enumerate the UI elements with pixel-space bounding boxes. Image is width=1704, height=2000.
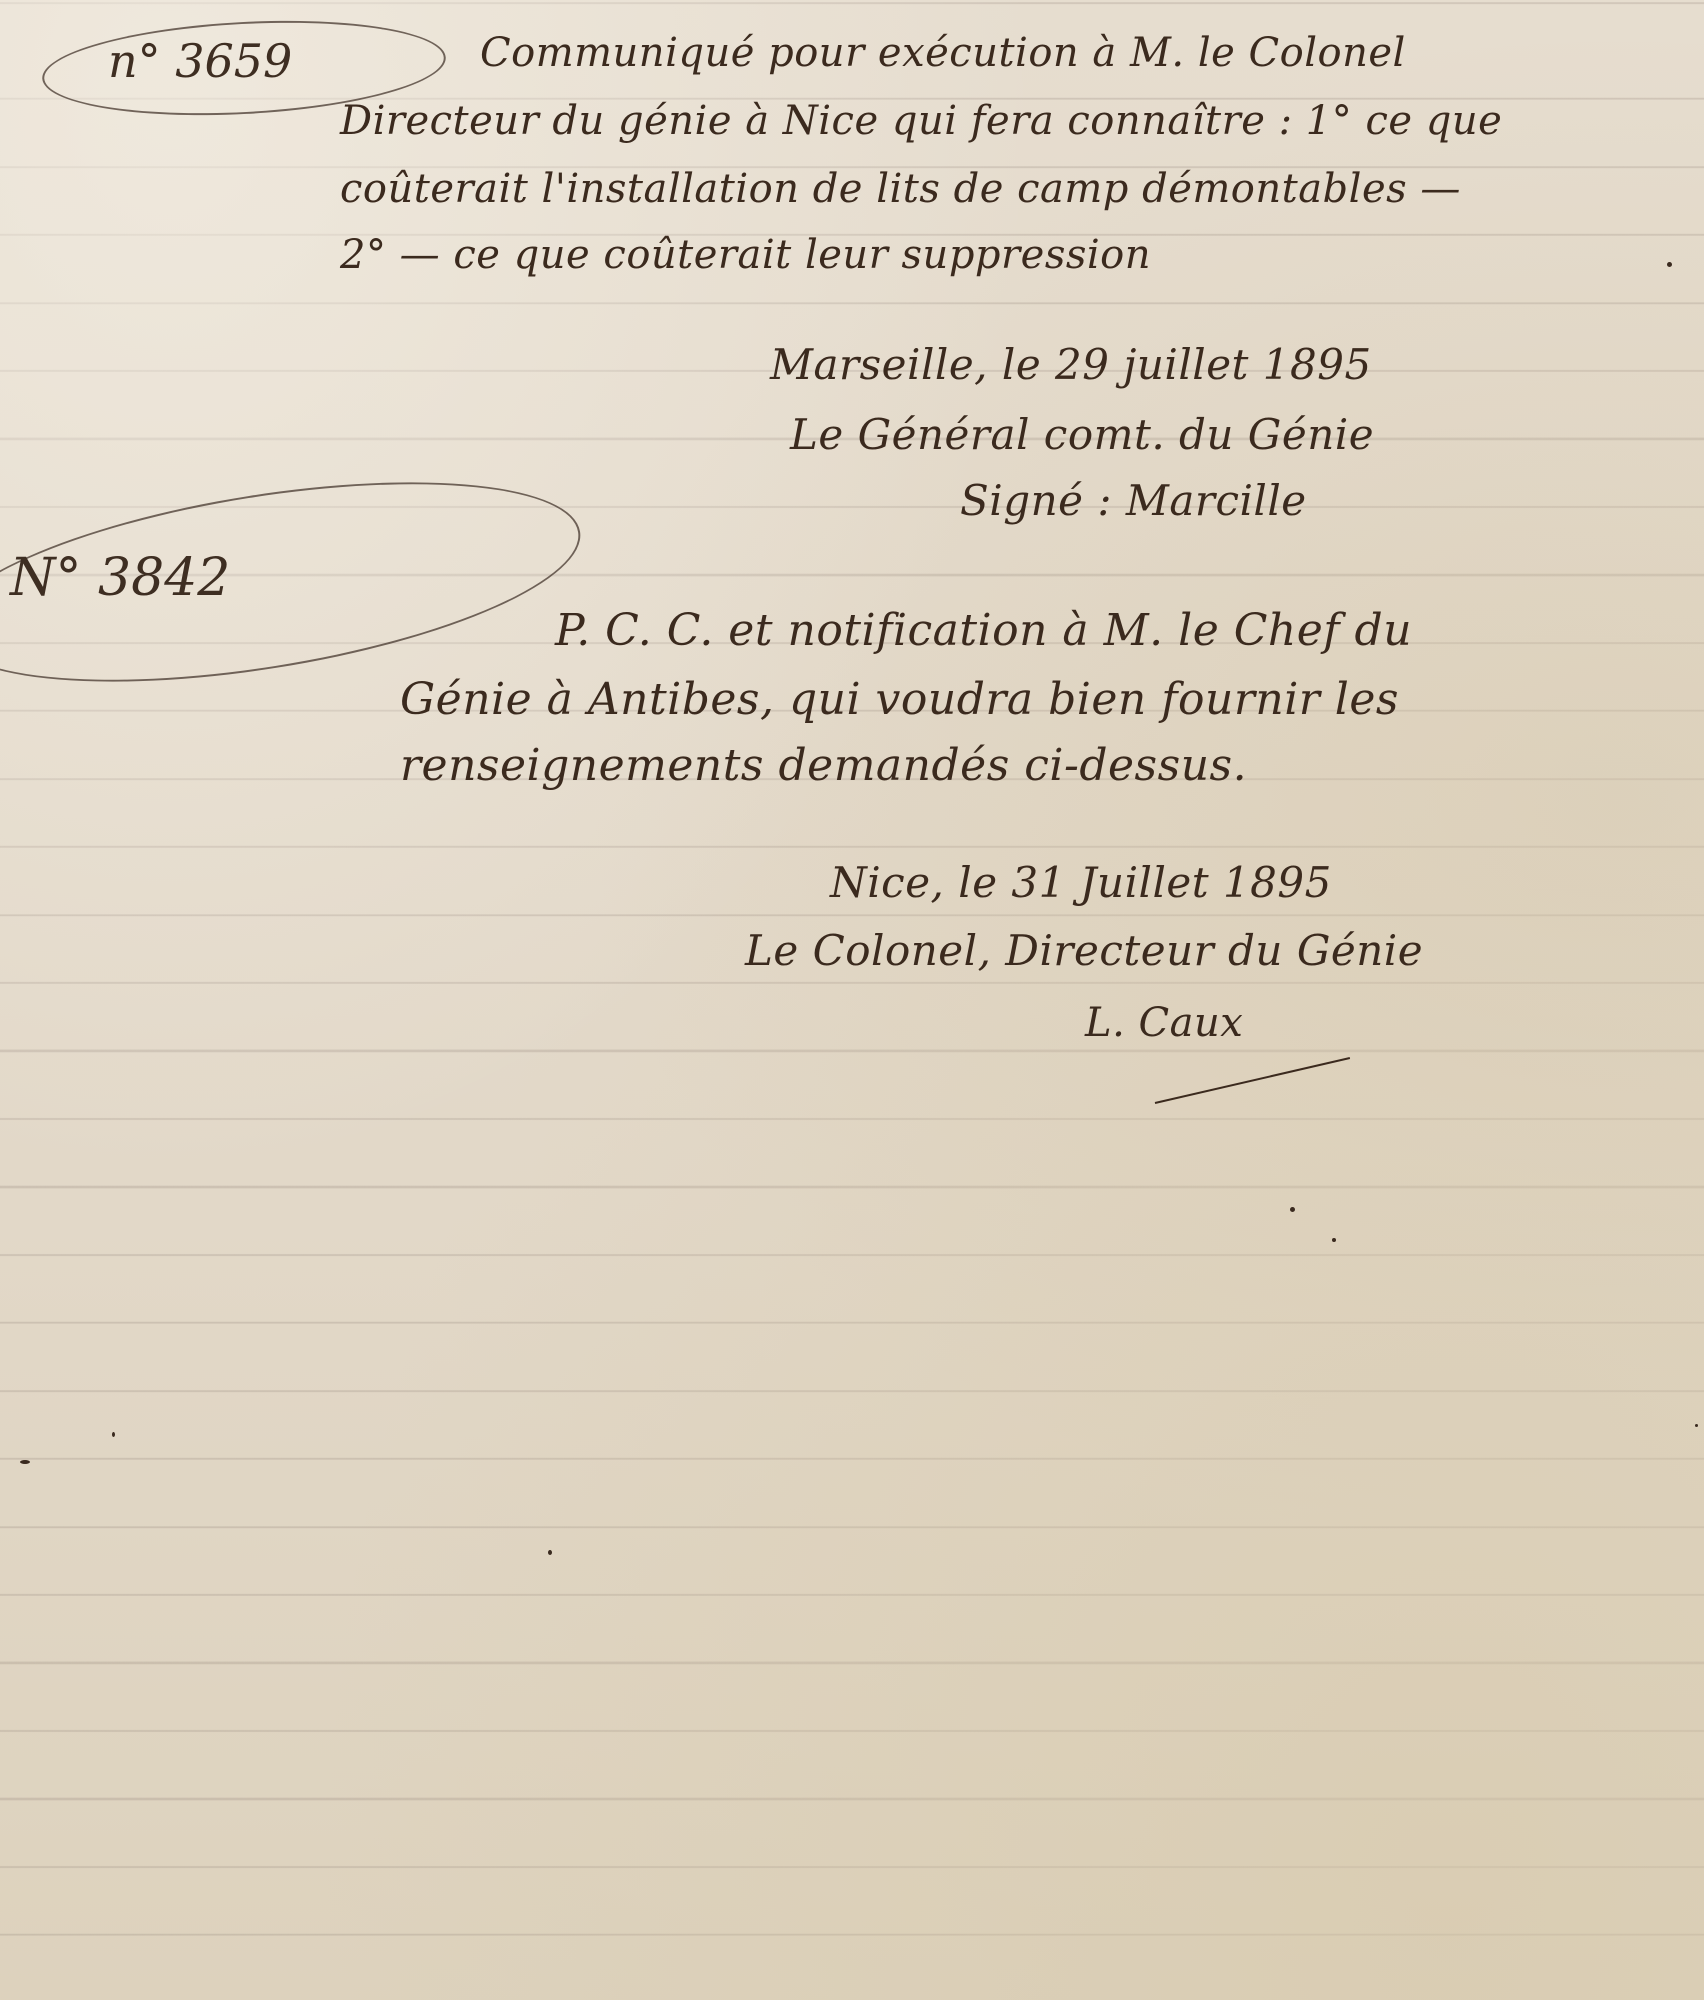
- signature-flourish: [1155, 1057, 1350, 1104]
- entry1-signatory-title: Le Général comt. du Génie: [790, 410, 1374, 459]
- entry1-place-date: Marseille, le 29 juillet 1895: [770, 340, 1372, 389]
- ink-speck: [112, 1432, 115, 1437]
- ink-speck: [1695, 1424, 1698, 1427]
- document-page: n° 3659 Communiqué pour exécution à M. l…: [0, 0, 1704, 2000]
- entry2-place-date: Nice, le 31 Juillet 1895: [830, 858, 1332, 907]
- entry2-signatory-title: Le Colonel, Directeur du Génie: [745, 926, 1423, 975]
- entry2-signature: L. Caux: [1085, 1000, 1243, 1046]
- ref-number-3842: N° 3842: [10, 548, 230, 608]
- entry1-line-4: 2° — ce que coûterait leur suppression: [340, 232, 1151, 278]
- entry1-signed: Signé : Marcille: [960, 476, 1307, 525]
- entry2-line-3: renseignements demandés ci-dessus.: [400, 740, 1247, 791]
- ink-speck: [1332, 1238, 1336, 1242]
- entry2-line-2: Génie à Antibes, qui voudra bien fournir…: [400, 674, 1399, 725]
- ink-speck: [1290, 1207, 1295, 1212]
- entry1-line-3: coûterait l'installation de lits de camp…: [340, 166, 1461, 212]
- ref-number-3659: n° 3659: [108, 34, 292, 88]
- entry2-line-1: P. C. C. et notification à M. le Chef du: [555, 605, 1412, 656]
- ink-speck: [548, 1550, 552, 1555]
- ink-speck: [20, 1460, 30, 1464]
- entry1-line-1: Communiqué pour exécution à M. le Colone…: [480, 30, 1406, 76]
- entry1-line-2: Directeur du génie à Nice qui fera conna…: [340, 98, 1502, 144]
- ink-speck: [1667, 262, 1672, 267]
